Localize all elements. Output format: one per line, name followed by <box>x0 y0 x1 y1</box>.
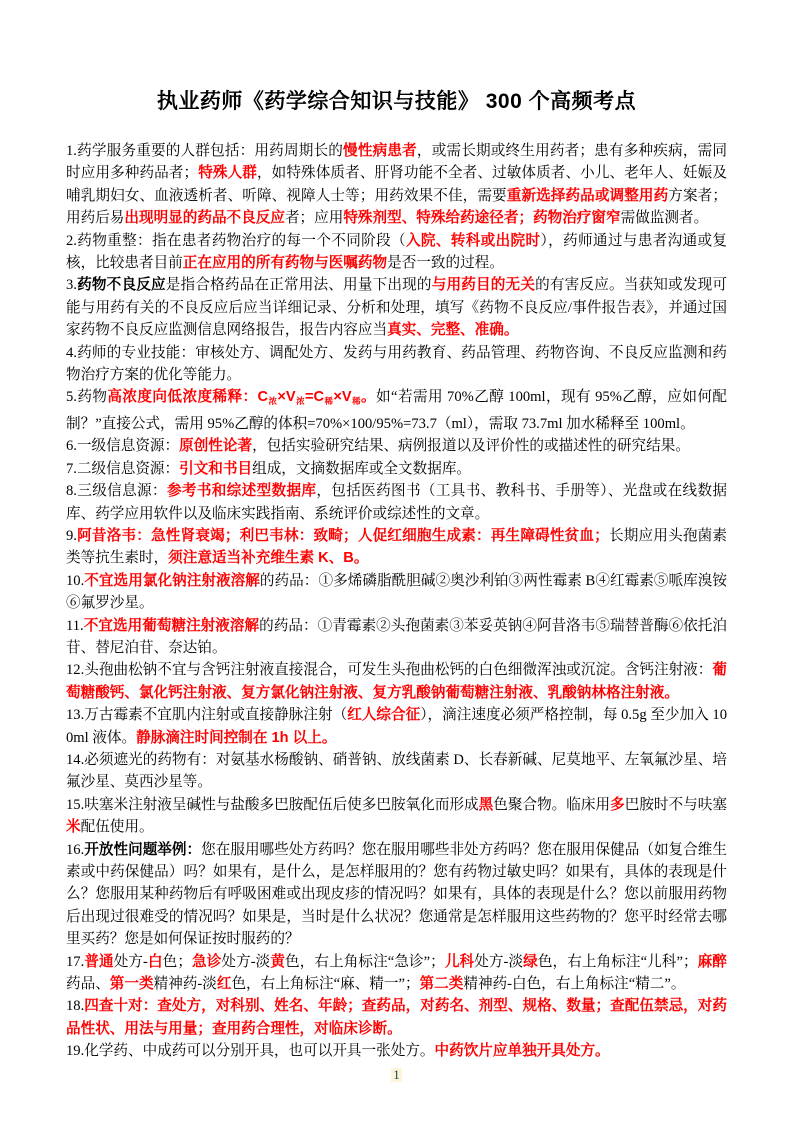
exam-point-16: 16.开放性问题举例：您在服用哪些处方药吗？您在服用哪些非处方药吗？您在服用保健… <box>66 839 727 951</box>
text-run: 色，右上角标注“急诊”； <box>285 954 445 970</box>
text-run: 黑 <box>479 797 494 813</box>
text-run: 浓 <box>296 396 305 406</box>
text-run: 4.药师的专业技能：审核处方、调配处方、发药与用药教育、药品管理、药物咨询、不良… <box>66 345 727 383</box>
document-page: 执业药师《药学综合知识与技能》 300 个高频考点 1.药学服务重要的人群包括：… <box>0 0 793 1122</box>
text-run: 稀 <box>324 396 333 406</box>
text-run: 正在应用的所有药物与医嘱药物 <box>183 255 387 271</box>
text-run: 13.万古霉素不宜肌内注射或直接静脉注射（ <box>66 707 347 723</box>
text-run: 红人综合征 <box>347 707 420 723</box>
text-run: 中药饮片应单独开具处方。 <box>435 1043 610 1059</box>
text-run: 处方- <box>114 954 148 970</box>
exam-point-18: 18.四查十对：查处方，对科别、姓名、年龄；查药品，对药名、剂型、规格、数量；查… <box>66 995 727 1040</box>
text-run: 17. <box>66 954 84 970</box>
text-run: 入院、转科或出院时 <box>406 233 540 249</box>
exam-point-19: 19.化学药、中成药可以分别开具，也可以开具一张处方。中药饮片应单独开具处方。 <box>66 1040 727 1062</box>
text-run: 急诊 <box>192 954 221 970</box>
text-run: 配伍使用。 <box>81 819 154 835</box>
text-run: 特殊人群 <box>198 165 257 181</box>
page-footer: 1 <box>0 1066 793 1084</box>
text-run: 是指合格药品在正常用法、用量下出现的 <box>166 277 432 293</box>
exam-point-15: 15.呋塞米注射液呈碱性与盐酸多巴胺配伍后使多巴胺氧化而形成黑色聚合物。临床用多… <box>66 794 727 839</box>
text-run: 色聚合物。临床用 <box>493 797 610 813</box>
text-run: 第二类 <box>420 976 464 992</box>
text-run: 第一类 <box>110 976 154 992</box>
text-run: 14.必须遮光的药物有：对氨基水杨酸钠、硝普钠、放线菌素 D、长春新碱、尼莫地平… <box>66 752 727 790</box>
text-run: 米 <box>66 819 81 835</box>
text-run: 白 <box>148 954 163 970</box>
text-run: 普通 <box>84 954 113 970</box>
text-run: 色，右上角标注“儿科”； <box>538 954 698 970</box>
text-run: 真实、完整、准确。 <box>387 322 518 338</box>
text-run: 阿昔洛韦：急性肾衰竭；利巴韦林：致畸；人促红细胞生成素：再生障碍性贫血； <box>77 528 609 544</box>
text-run: 须注意适当补充维生素 K、B。 <box>168 550 368 566</box>
exam-point-8: 8.三级信息源：参考书和综述型数据库，包括医药图书（工具书、教科书、手册等）、光… <box>66 480 727 525</box>
exam-point-5: 5.药物高浓度向低浓度稀释：C浓×V浓=C稀×V稀。如“若需用 70%乙醇 10… <box>66 386 727 435</box>
text-run: 精神药-白色，右上角标注“精二”。 <box>463 976 685 992</box>
exam-point-12: 12.头孢曲松钠不宜与含钙注射液直接混合，可发生头孢曲松钙的白色细微浑浊或沉淀。… <box>66 659 727 704</box>
text-run: 是否一致的过程。 <box>387 255 504 271</box>
text-run: 。 <box>361 389 376 405</box>
page-number: 1 <box>391 1068 401 1082</box>
text-run: 黄 <box>270 954 285 970</box>
text-run: 药物不良反应 <box>77 277 166 293</box>
text-run: 者；应用 <box>285 210 343 226</box>
text-run: 慢性病患者 <box>343 143 417 159</box>
text-run: 色； <box>163 954 192 970</box>
text-run: 6.一级信息资源： <box>66 438 179 454</box>
exam-point-10: 10.不宜选用氯化钠注射液溶解的药品：①多烯磷脂酰胆碱②奥沙利铂③两性霉素 B④… <box>66 570 727 615</box>
text-run: 浓 <box>268 396 277 406</box>
text-run: 红 <box>217 976 232 992</box>
exam-point-11: 11.不宜选用葡萄糖注射液溶解的药品：①青霉素②头孢菌素③苯妥英钠④阿昔洛韦⑤瑞… <box>66 615 727 660</box>
text-run: 12.头孢曲松钠不宜与含钙注射液直接混合，可发生头孢曲松钙的白色细微浑浊或沉淀。… <box>66 662 712 678</box>
text-run: 2.药物重整：指在患者药物治疗的每一个不同阶段（ <box>66 233 406 249</box>
text-run: 组成，文摘数据库或全文数据库。 <box>252 461 471 477</box>
text-run: 绿 <box>523 954 538 970</box>
text-run: 不宜选用葡萄糖注射液溶解 <box>84 618 259 634</box>
text-run: 开放性问题举例： <box>84 842 201 858</box>
text-run: 巴胺时不与呋塞 <box>625 797 727 813</box>
text-run: 处方-淡 <box>221 954 270 970</box>
text-run: 11. <box>66 618 84 634</box>
exam-point-13: 13.万古霉素不宜肌内注射或直接静脉注射（红人综合征），滴注速度必须严格控制，每… <box>66 704 727 749</box>
text-run: 静脉滴注时间控制在 1h 以上。 <box>136 730 336 746</box>
text-run: 处方-淡 <box>474 954 523 970</box>
text-run: 精神药-淡 <box>154 976 217 992</box>
text-run: 9. <box>66 528 77 544</box>
text-run: 药品、 <box>66 976 110 992</box>
text-run: ×V <box>333 389 351 405</box>
paragraph-list: 1.药学服务重要的人群包括：用药周期长的慢性病患者，或需长期或终生用药者；患有多… <box>66 140 727 1063</box>
text-run: 特殊剂型、特殊给药途径者；药物治疗窗窄 <box>343 210 620 226</box>
text-run: =C <box>305 389 324 405</box>
exam-point-3: 3.药物不良反应是指合格药品在正常用法、用量下出现的与用药目的无关的有害反应。当… <box>66 274 727 341</box>
text-run: 稀 <box>352 396 361 406</box>
exam-point-17: 17.普通处方-白色；急诊处方-淡黄色，右上角标注“急诊”；儿科处方-淡绿色，右… <box>66 951 727 996</box>
text-run: 重新选择药品或调整用药 <box>507 188 669 204</box>
text-run: 出现明显的药品不良反应 <box>124 210 285 226</box>
text-run: ×V <box>277 389 295 405</box>
exam-point-1: 1.药学服务重要的人群包括：用药周期长的慢性病患者，或需长期或终生用药者；患有多… <box>66 140 727 230</box>
text-run: 1.药学服务重要的人群包括：用药周期长的 <box>66 143 343 159</box>
text-run: ，包括实验研究结果、病例报道以及评价性的或描述性的研究结果。 <box>252 438 690 454</box>
text-run: 色，右上角标注“麻、精一”； <box>231 976 419 992</box>
text-run: 19.化学药、中成药可以分别开具，也可以开具一张处方。 <box>66 1043 435 1059</box>
text-run: 3. <box>66 277 77 293</box>
text-run: 四查十对：查处方，对科别、姓名、年龄；查药品，对药名、剂型、规格、数量；查配伍禁… <box>66 998 727 1036</box>
text-run: 8.三级信息源： <box>66 483 167 499</box>
exam-point-6: 6.一级信息资源：原创性论著，包括实验研究结果、病例报道以及评价性的或描述性的研… <box>66 435 727 457</box>
text-run: 5.药物 <box>66 389 107 405</box>
text-run: 7.二级信息资源： <box>66 461 179 477</box>
text-run: 麻醉 <box>698 954 727 970</box>
text-run: 16. <box>66 842 84 858</box>
document-title: 执业药师《药学综合知识与技能》 300 个高频考点 <box>66 88 727 116</box>
exam-point-14: 14.必须遮光的药物有：对氨基水杨酸钠、硝普钠、放线菌素 D、长春新碱、尼莫地平… <box>66 749 727 794</box>
text-run: 15.呋塞米注射液呈碱性与盐酸多巴胺配伍后使多巴胺氧化而形成 <box>66 797 479 813</box>
text-run: 多 <box>610 797 625 813</box>
exam-point-2: 2.药物重整：指在患者药物治疗的每一个不同阶段（入院、转科或出院时），药师通过与… <box>66 230 727 275</box>
text-run: 10. <box>66 573 84 589</box>
text-run: 高浓度向低浓度稀释：C <box>107 389 268 405</box>
text-run: 引文和书目 <box>179 461 252 477</box>
text-run: 不宜选用氯化钠注射液溶解 <box>84 573 260 589</box>
exam-point-9: 9.阿昔洛韦：急性肾衰竭；利巴韦林：致畸；人促红细胞生成素：再生障碍性贫血；长期… <box>66 525 727 570</box>
text-run: 与用药目的无关 <box>432 277 535 293</box>
text-run: 需做监测者。 <box>621 210 709 226</box>
text-run: 原创性论著 <box>179 438 252 454</box>
exam-point-7: 7.二级信息资源：引文和书目组成，文摘数据库或全文数据库。 <box>66 458 727 480</box>
text-run: 儿科 <box>445 954 474 970</box>
text-run: 参考书和综述型数据库 <box>167 483 316 499</box>
text-run: 18. <box>66 998 84 1014</box>
exam-point-4: 4.药师的专业技能：审核处方、调配处方、发药与用药教育、药品管理、药物咨询、不良… <box>66 342 727 387</box>
